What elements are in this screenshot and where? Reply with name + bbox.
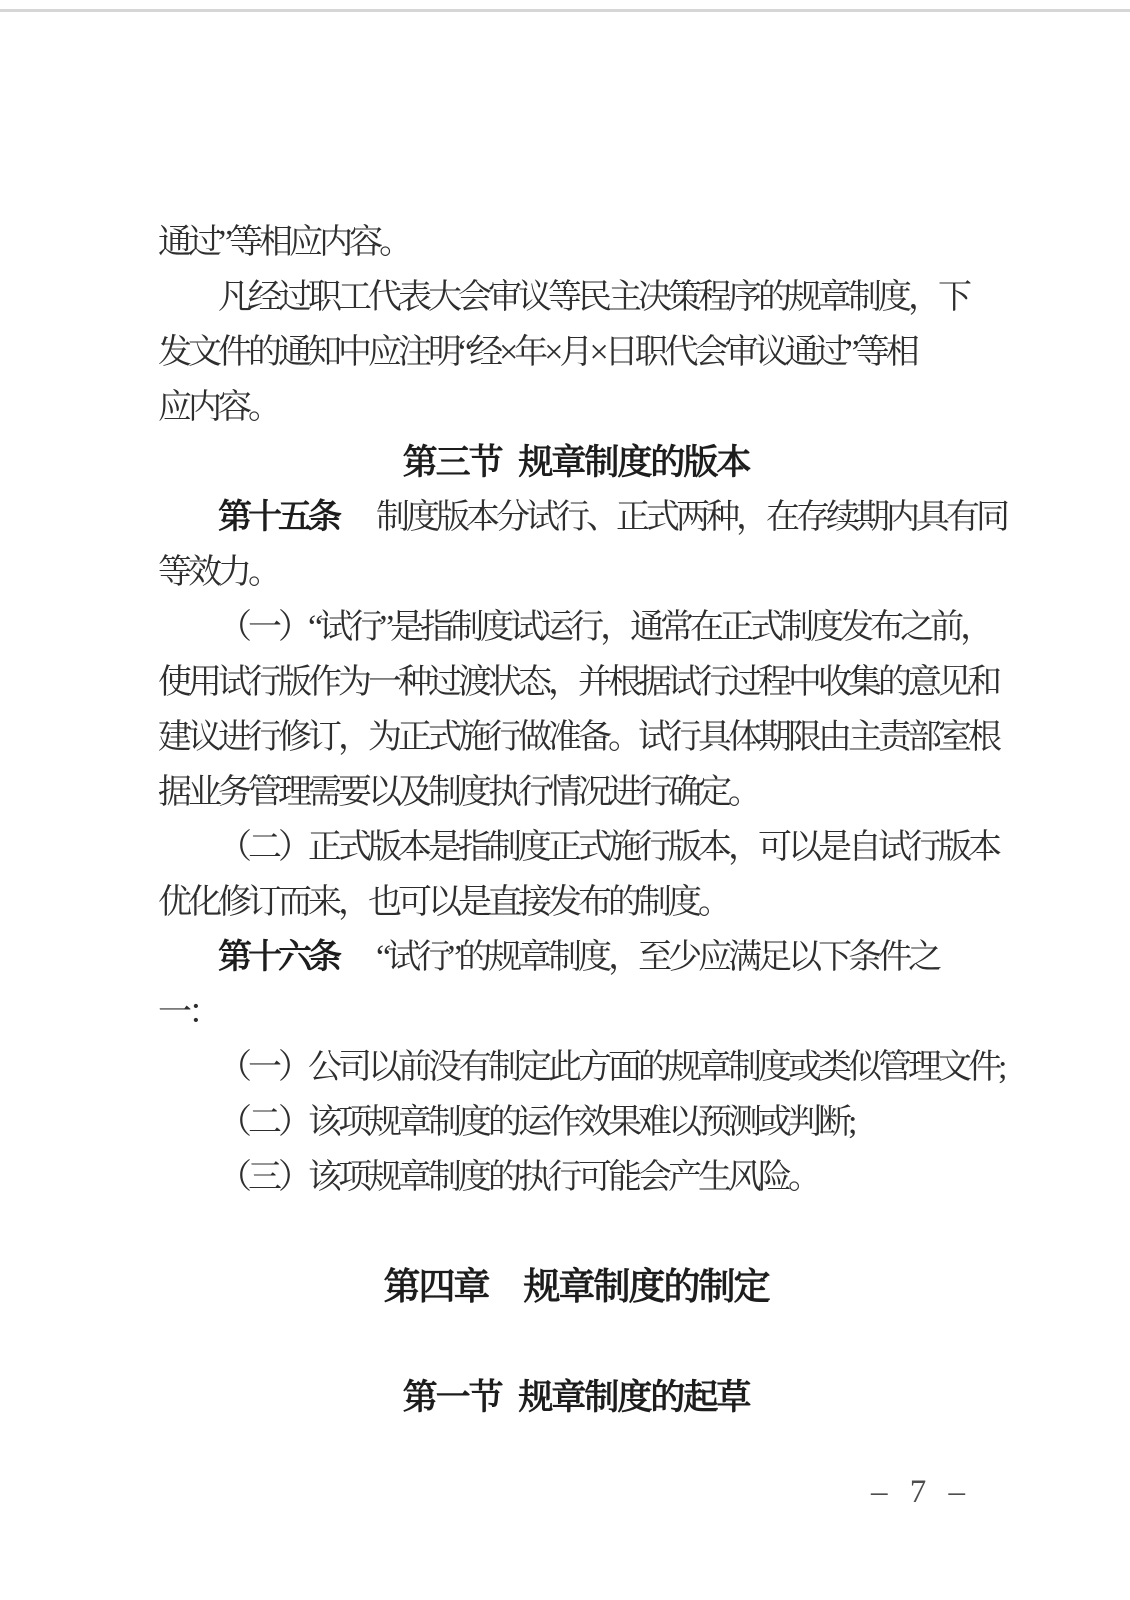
article-paragraph: 第十五条制度版本分试行、正式两种，在存续期内具有同 等效力。 [158,490,994,600]
page-number: – 7 – [871,1468,972,1516]
paragraph: （二）该项规章制度的运作效果难以预测或判断; [158,1095,994,1150]
document-page: 通过”等相应内容。凡经过职工代表大会审议等民主决策程序的规章制度，下 发文件的通… [0,0,1130,1600]
article-number-lead: 第十五条 [218,499,338,536]
paragraph: 通过”等相应内容。 [158,215,994,270]
section-heading: 第三节 规章制度的版本 [158,435,994,490]
paragraph: （一）公司以前没有制定此方面的规章制度或类似管理文件; [158,1040,994,1095]
paragraph: （二）正式版本是指制度正式施行版本，可以是自试行版本 优化修订而来，也可以是直接… [158,820,994,930]
document-body: 通过”等相应内容。凡经过职工代表大会审议等民主决策程序的规章制度，下 发文件的通… [158,215,994,1425]
scan-top-edge-line [0,9,1130,12]
chapter-heading: 第四章 规章制度的制定 [158,1260,994,1315]
section-heading: 第一节 规章制度的起草 [158,1370,994,1425]
paragraph: （一）“试行”是指制度试运行，通常在正式制度发布之前， 使用试行版作为一种过渡状… [158,600,994,820]
article-paragraph: 第十六条“试行”的规章制度，至少应满足以下条件之 一： [158,930,994,1040]
paragraph: （三）该项规章制度的执行可能会产生风险。 [158,1150,994,1205]
article-number-lead: 第十六条 [218,939,338,976]
paragraph: 凡经过职工代表大会审议等民主决策程序的规章制度，下 发文件的通知中应注明“经×年… [158,270,994,435]
